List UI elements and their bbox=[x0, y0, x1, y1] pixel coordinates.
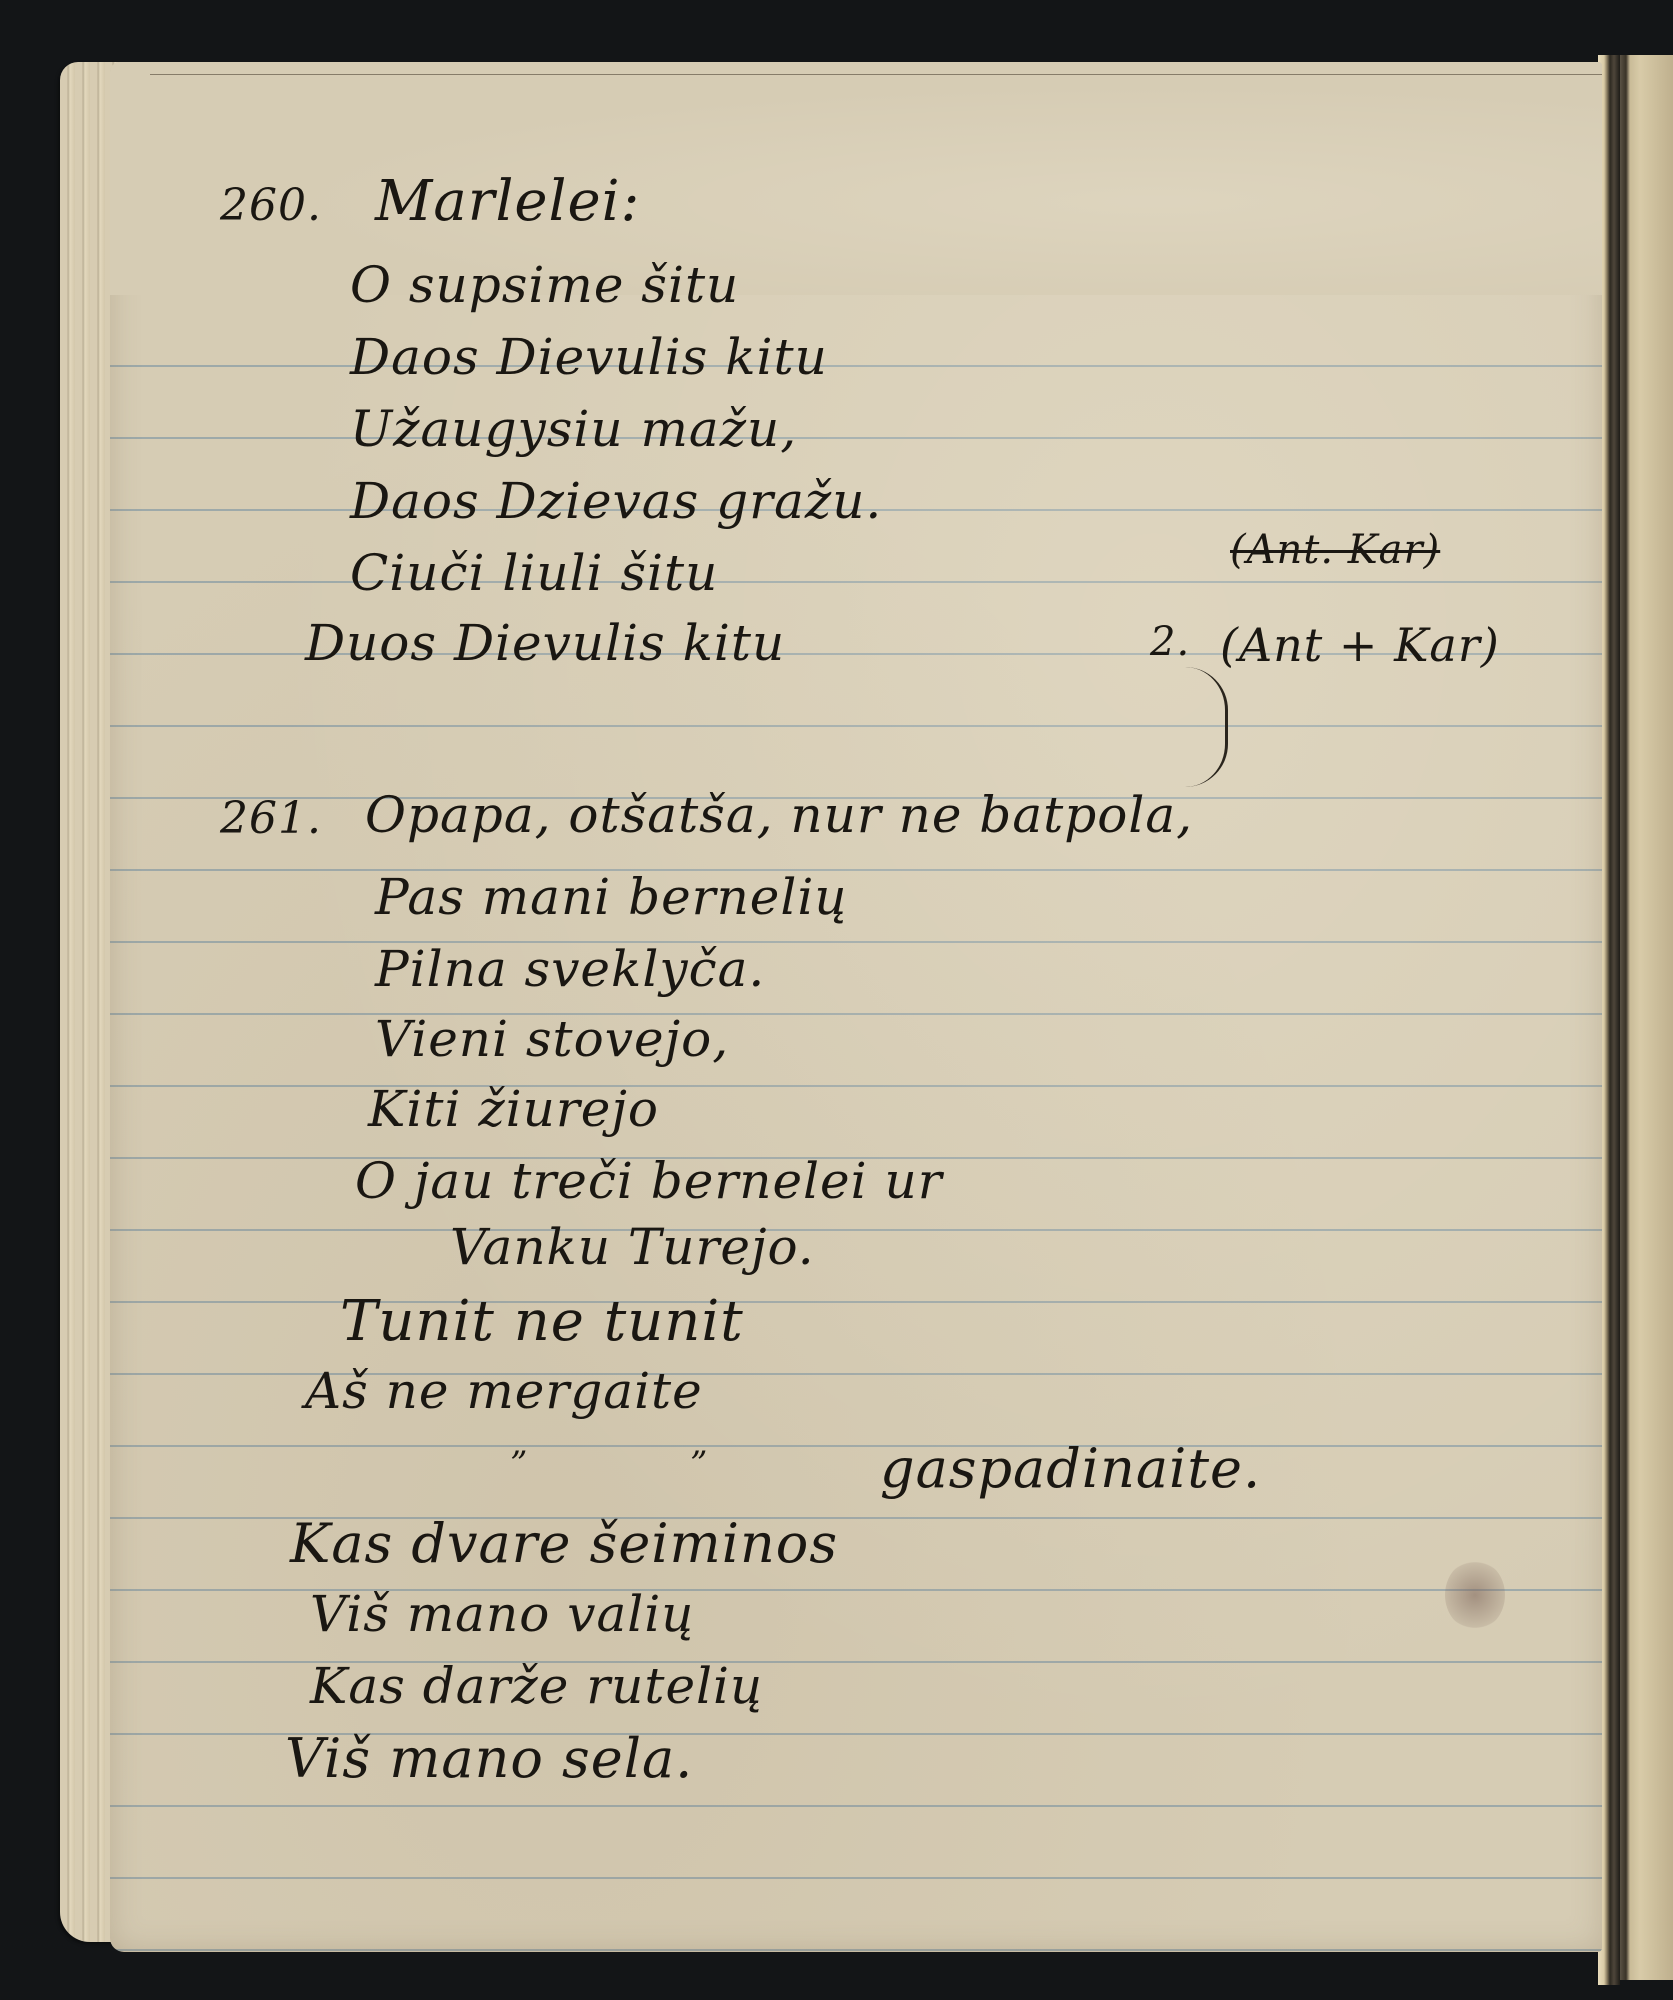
verse-line: Vieni stovejo, bbox=[375, 1014, 729, 1064]
struck-margin-note: (Ant. Kar) bbox=[1230, 530, 1440, 570]
entry-title: Marlelei: bbox=[375, 174, 640, 230]
verse-line: Kas darže rutelių bbox=[310, 1661, 763, 1711]
verse-line: O supsime šitu bbox=[350, 260, 739, 310]
entry-number: 260. bbox=[220, 184, 322, 228]
source-note: (Ant + Kar) bbox=[1220, 622, 1500, 668]
ditto-mark: ” bbox=[510, 1447, 528, 1481]
ink-stain bbox=[1445, 1560, 1505, 1630]
adjacent-page-edge bbox=[1620, 55, 1673, 1980]
verse-line: Daos Dzievas gražu. bbox=[350, 476, 882, 526]
ditto-mark: ” bbox=[690, 1447, 708, 1481]
verse-line: gaspadinaite. bbox=[880, 1442, 1261, 1496]
notebook-page: 260. Marlelei: O supsime šitu Daos Dievu… bbox=[110, 62, 1602, 1952]
verse-line: Pilna sveklyča. bbox=[375, 944, 765, 994]
verse-line: Viš mano valių bbox=[310, 1589, 694, 1639]
verse-line: Ciuči liuli šitu bbox=[350, 548, 718, 598]
verse-line: Duos Dievulis kitu bbox=[305, 618, 785, 668]
verse-line: Viš mano sela. bbox=[285, 1732, 693, 1786]
verse-line: Aš ne mergaite bbox=[305, 1366, 703, 1416]
verse-line: Vanku Turejo. bbox=[450, 1222, 815, 1272]
verse-line: Daos Dievulis kitu bbox=[350, 332, 828, 382]
verse-line: Tunit ne tunit bbox=[340, 1294, 744, 1350]
entry-number: 261. bbox=[220, 797, 322, 841]
verse-line: Kiti žiurejo bbox=[368, 1084, 659, 1134]
repeat-mark: 2. bbox=[1150, 622, 1190, 662]
verse-line: Pas mani bernelių bbox=[375, 872, 848, 922]
page-top-border bbox=[150, 74, 1602, 75]
verse-line: Užaugysiu mažu, bbox=[350, 404, 797, 454]
verse-line: O jau treči bernelei ur bbox=[355, 1156, 943, 1206]
repeat-brace bbox=[1185, 667, 1228, 787]
verse-line: Kas dvare šeiminos bbox=[290, 1517, 838, 1571]
verse-line: Opapa, otšatša, nur ne batpola, bbox=[365, 790, 1193, 840]
